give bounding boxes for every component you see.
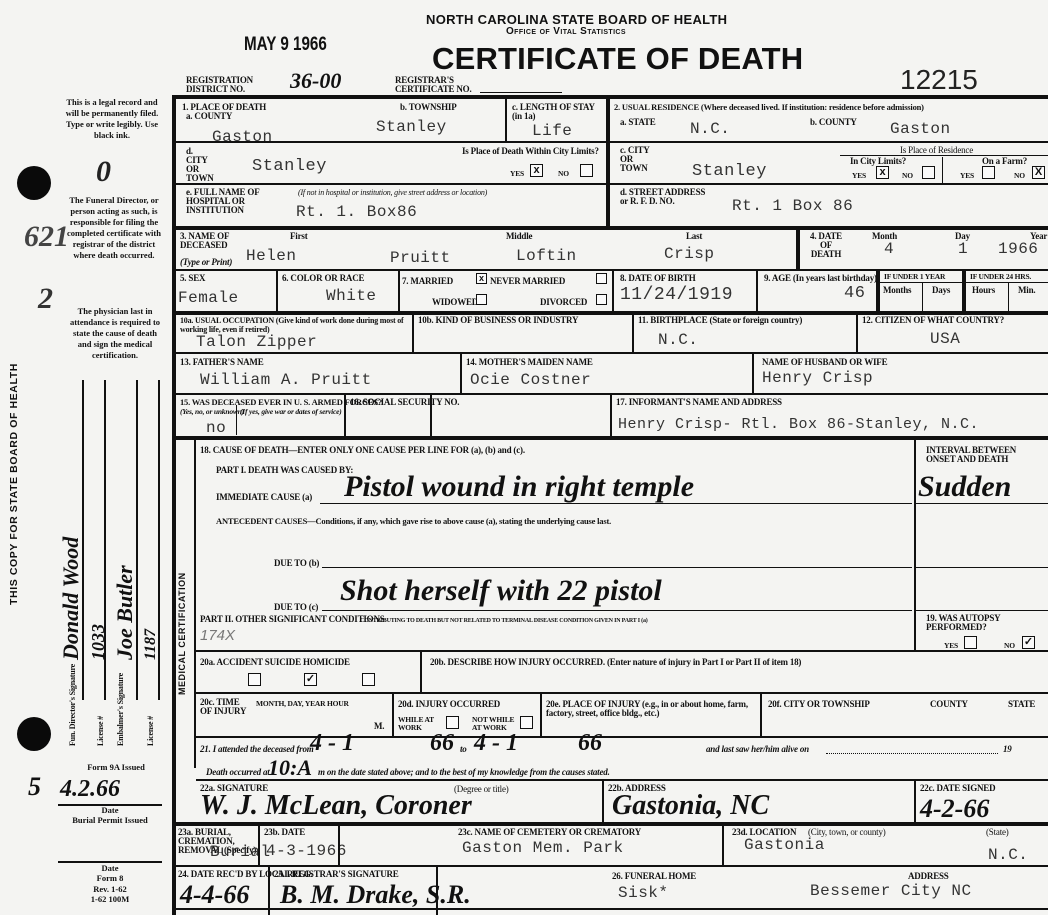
divider	[420, 652, 422, 692]
legal-record-note: This is a legal record and will be perma…	[62, 97, 162, 141]
last-saw-19: 19	[1003, 745, 1012, 754]
divider	[612, 270, 614, 312]
last-saw-field	[826, 753, 998, 754]
copy-for-state-label: THIS COPY FOR STATE BOARD OF HEALTH	[8, 363, 20, 605]
date-of-birth: 11/24/1919	[620, 285, 733, 305]
state-file-number: 12215	[900, 64, 978, 96]
attended-from-year: 66	[430, 730, 454, 757]
first-label: First	[290, 232, 308, 241]
injury-county-label: COUNTY	[930, 700, 968, 709]
divider	[276, 270, 278, 312]
embalmer-signature: Joe Butler	[112, 565, 138, 660]
funeral-home-address: Bessemer City NC	[810, 882, 972, 900]
citizenship: USA	[930, 330, 960, 348]
registrar-signature-label: 25. REGISTRAR'S SIGNATURE	[274, 870, 399, 879]
cause-of-death-label: 18. CAUSE OF DEATH—ENTER ONLY ONE CAUSE …	[200, 446, 525, 455]
date-signed-label: 22c. DATE SIGNED	[920, 784, 995, 793]
cemetery-location: Gastonia	[744, 836, 825, 854]
divider	[338, 824, 340, 866]
informant-label: 17. INFORMANT'S NAME AND ADDRESS	[616, 398, 782, 407]
divider	[196, 650, 1048, 652]
location-state-label: (State)	[986, 828, 1009, 837]
middle-label: Middle	[506, 232, 532, 241]
in-place-of-residence-label: Is Place of Residence	[900, 146, 973, 155]
divider	[962, 270, 966, 312]
suicide-checkbox[interactable]: ✓	[304, 673, 317, 686]
office-name: Office of Vital Statistics	[506, 26, 626, 37]
attended-to: 4 - 1	[474, 730, 518, 757]
divider	[258, 824, 260, 866]
informant-name-address: Henry Crisp- Rtl. Box 86-Stanley, N.C.	[618, 416, 979, 433]
divider	[176, 352, 1048, 354]
injury-description-label: 20b. DESCRIBE HOW INJURY OCCURRED. (Ente…	[430, 658, 801, 667]
cemetery-state: N.C.	[988, 846, 1028, 864]
deceased-first-name: Helen	[246, 247, 297, 265]
disposition-method: Burial	[210, 843, 271, 861]
widowed-label: WIDOWED	[432, 298, 478, 307]
interval-line	[916, 610, 1048, 611]
divider	[610, 141, 1048, 143]
within-city-limits-label: Is Place of Death Within City Limits?	[462, 147, 606, 156]
residence-county-label: b. COUNTY	[810, 118, 857, 127]
death-county: Gaston	[212, 128, 273, 146]
length-of-stay: Life	[532, 122, 572, 140]
received-date-stamp: MAY 9 1966	[244, 34, 327, 56]
within-limits-no-checkbox[interactable]	[580, 164, 593, 177]
date-of-birth-label: 8. DATE OF BIRTH	[620, 274, 696, 283]
street-address: Rt. 1 Box 86	[732, 197, 853, 215]
while-at-work-checkbox[interactable]	[446, 716, 459, 729]
death-day: 1	[958, 240, 968, 258]
age-label: 9. AGE (In years last birthday)	[764, 274, 884, 283]
due-to-c-label: DUE TO (c)	[274, 603, 318, 612]
handwritten-621: 621	[24, 220, 69, 254]
hours-label: Hours	[972, 286, 995, 295]
frame-left	[172, 95, 176, 915]
county-label: a. COUNTY	[186, 112, 232, 121]
no-label: NO	[558, 170, 569, 178]
divider	[172, 822, 1048, 826]
death-occurred-label: Death occurred at	[206, 768, 270, 777]
divider	[610, 395, 612, 437]
date-of-death-label: 4. DATE OF DEATH	[806, 232, 846, 259]
married-label: 7. MARRIED	[402, 277, 453, 286]
usual-residence-label: 2. USUAL RESIDENCE (Where deceased lived…	[614, 103, 924, 112]
divider	[760, 694, 762, 736]
due-to-c: Shot herself with 22 pistol	[340, 574, 662, 608]
attended-to-label: to	[460, 745, 467, 754]
embalmer-license-number: 1187	[142, 629, 160, 660]
registration-district-value: 36-00	[290, 68, 341, 94]
divider	[172, 226, 1048, 230]
accident-checkbox[interactable]	[248, 673, 261, 686]
hospital-hint: (If not in hospital or institution, give…	[298, 188, 487, 197]
print-run: 1-62 100M	[58, 894, 162, 905]
divider	[392, 694, 394, 736]
handwritten-2: 2	[38, 282, 53, 316]
type-or-print-hint: (Type or Print)	[180, 258, 232, 267]
funeral-home-name: Sisk*	[618, 884, 669, 902]
city-limits-no-checkbox[interactable]	[922, 166, 935, 179]
yes-label: YES	[944, 642, 958, 650]
mother-maiden-name-label: 14. MOTHER'S MAIDEN NAME	[466, 358, 593, 367]
days-label: Days	[932, 286, 950, 295]
handwritten-zero: 0	[96, 155, 111, 189]
no-label: NO	[1004, 642, 1015, 650]
autopsy-yes-checkbox[interactable]	[964, 636, 977, 649]
frame-divider	[606, 95, 610, 227]
divider	[344, 395, 346, 437]
deceased-race: White	[326, 287, 377, 305]
autopsy-no-checkbox[interactable]: ✓	[1022, 636, 1035, 649]
divider	[942, 157, 943, 185]
deceased-last-name: Crisp	[664, 245, 715, 263]
interval-value: Sudden	[918, 470, 1011, 504]
divider	[176, 865, 1048, 867]
in-city-limits-label: In City Limits?	[850, 157, 906, 166]
divider	[756, 270, 758, 312]
no-label: NO	[902, 172, 913, 180]
attended-from: 4 - 1	[310, 730, 354, 757]
immediate-cause-line	[320, 503, 912, 504]
usual-occupation: Talon Zipper	[196, 333, 317, 351]
immediate-cause-label: IMMEDIATE CAUSE (a)	[216, 493, 312, 502]
frame-bottom	[176, 908, 1048, 910]
fd-signature-label: Fun. Director's Signature	[68, 664, 77, 746]
divider	[914, 781, 916, 823]
under-1-year-label: IF UNDER 1 YEAR	[884, 273, 945, 281]
immediate-cause: Pistol wound in right temple	[344, 470, 694, 504]
divider	[796, 228, 800, 270]
armed-forces-hint-2: (If yes, give war or dates of service)	[240, 407, 342, 416]
injury-occurred-label: 20d. INJURY OCCURRED	[398, 700, 500, 709]
manner-label: 20a. ACCIDENT SUICIDE HOMICIDE	[200, 658, 350, 667]
certifier-address: Gastonia, NC	[612, 790, 769, 822]
handwritten-5: 5	[28, 772, 41, 802]
under-24-hours-label: IF UNDER 24 HRS.	[970, 273, 1031, 281]
divider	[196, 692, 1048, 694]
due-to-b-line	[322, 567, 912, 568]
yes-label: YES	[960, 172, 974, 180]
embalmer-license-label: License #	[146, 716, 155, 746]
residence-city: Stanley	[692, 162, 767, 181]
disposition-date-label: 23b. DATE	[264, 828, 305, 837]
residence-city-label: c. CITY OR TOWN	[620, 146, 650, 173]
death-city: Stanley	[252, 157, 327, 176]
divider	[505, 99, 507, 141]
part2-label: PART II. OTHER SIGNIFICANT CONDITIONS	[200, 615, 385, 624]
armed-forces-answer: no	[206, 419, 226, 437]
armed-forces-hint-1: (Yes, no, or unknown)	[180, 407, 244, 416]
on-farm-label: On a Farm?	[982, 157, 1027, 166]
divider	[922, 283, 923, 312]
minutes-label: Min.	[1018, 286, 1035, 295]
date-received: 4-4-66	[180, 880, 249, 910]
occupation-label: 10a. USUAL OCCUPATION (Give kind of work…	[180, 316, 412, 334]
death-year: 1966	[998, 240, 1038, 258]
death-township: Stanley	[376, 118, 447, 136]
divider	[602, 781, 604, 823]
embalmer-signature-label: Embalmer's Signature	[116, 673, 125, 746]
yes-label: YES	[852, 172, 866, 180]
death-occurred-tail: m on the date stated above; and to the b…	[318, 768, 610, 777]
frame-top	[172, 95, 1048, 99]
name-of-deceased-label: 3. NAME OF DECEASED	[180, 232, 240, 250]
degree-title-label: (Degree or title)	[454, 785, 509, 794]
divider	[1008, 283, 1009, 312]
part2-note: 174X	[200, 627, 235, 644]
last-saw-label: and last saw her/him alive on	[706, 745, 809, 754]
divider	[412, 313, 414, 353]
hospital-label: e. FULL NAME OF HOSPITAL OR INSTITUTION	[186, 188, 296, 215]
physician-note: The physician last in attendance is requ…	[66, 306, 164, 361]
due-to-c-line	[322, 610, 912, 611]
sex-label: 5. SEX	[180, 274, 205, 283]
divider	[176, 393, 1048, 395]
never-married-label: NEVER MARRIED	[490, 277, 565, 286]
attended-label: 21. I attended the deceased from	[200, 745, 314, 754]
fd-license-number: 1033	[88, 624, 109, 660]
disposition-date: 4-3-1966	[266, 842, 347, 860]
father-name-label: 13. FATHER'S NAME	[180, 358, 264, 367]
length-of-stay-label: c. LENGTH OF STAY (in 1a)	[512, 103, 600, 121]
divider	[460, 354, 462, 394]
divider	[856, 313, 858, 353]
funeral-home-label: 26. FUNERAL HOME	[612, 872, 696, 881]
residence-state-label: a. STATE	[620, 118, 656, 127]
street-address-label: d. STREET ADDRESS or R. F. D. NO.	[620, 188, 710, 206]
form-number: Form 8	[58, 873, 162, 884]
certifier-signature: W. J. McLean, Coroner	[200, 790, 472, 822]
residence-state: N.C.	[690, 120, 730, 138]
divider	[752, 354, 754, 394]
medical-cert-border	[194, 438, 196, 768]
injury-state-label: STATE	[1008, 700, 1035, 709]
divider	[176, 141, 606, 143]
interval-line	[916, 567, 1048, 568]
deceased-age: 46	[844, 284, 865, 303]
part1-label: PART I. DEATH WAS CAUSED BY:	[216, 466, 353, 475]
mother-maiden-name: Ocie Costner	[470, 371, 591, 389]
antecedent-causes-label: ANTECEDENT CAUSES—Conditions, if any, wh…	[216, 517, 611, 526]
deceased-middle-name: Loftin	[516, 247, 577, 265]
business-label: 10b. KIND OF BUSINESS OR INDUSTRY	[418, 316, 578, 325]
divider	[398, 270, 400, 312]
homicide-checkbox[interactable]	[362, 673, 375, 686]
registration-district-label: REGISTRATION DISTRICT NO.	[186, 76, 294, 94]
medical-certification-label: MEDICAL CERTIFICATION	[177, 572, 187, 695]
divider	[632, 313, 634, 353]
funeral-home-address-label: ADDRESS	[908, 872, 949, 881]
months-label: Months	[883, 286, 911, 295]
fd-license-label: License #	[96, 716, 105, 746]
burial-permit-label: Burial Permit Issued	[58, 815, 162, 826]
widowed-checkbox[interactable]	[476, 294, 487, 305]
married-checkbox[interactable]: x	[476, 273, 487, 284]
death-time: 10:A	[268, 755, 312, 781]
within-limits-yes-checkbox[interactable]: x	[530, 164, 543, 177]
place-of-injury-label: 20e. PLACE OF INJURY (e.g., in or about …	[546, 700, 758, 718]
divider	[172, 436, 1048, 440]
citizen-label: 12. CITIZEN OF WHAT COUNTRY?	[862, 316, 1004, 325]
cemetery-name: Gaston Mem. Park	[462, 839, 624, 857]
last-label: Last	[686, 232, 702, 241]
attended-to-year: 66	[578, 730, 602, 757]
punch-hole	[17, 166, 51, 200]
farm-yes-checkbox[interactable]	[982, 166, 995, 179]
form-9a-label: Form 9A Issued	[66, 762, 166, 773]
hospital-name: Rt. 1. Box86	[296, 203, 417, 221]
date-signed: 4-2-66	[920, 794, 989, 824]
time-of-injury-label: 20c. TIME OF INJURY	[200, 698, 250, 716]
interval-label: INTERVAL BETWEEN ONSET AND DEATH	[926, 446, 1046, 464]
divider	[722, 824, 724, 866]
township-label: b. TOWNSHIP	[400, 103, 457, 112]
spouse-name-label: NAME OF HUSBAND OR WIFE	[762, 358, 887, 367]
not-while-at-work-checkbox[interactable]	[520, 716, 533, 729]
father-name: William A. Pruitt	[200, 371, 372, 389]
residence-county: Gaston	[890, 120, 951, 138]
agency-name: NORTH CAROLINA STATE BOARD OF HEALTH	[426, 12, 727, 27]
certificate-title: CERTIFICATE OF DEATH	[432, 41, 803, 77]
burial-permit-date: 4.2.66	[60, 776, 120, 803]
cemetery-label: 23c. NAME OF CEMETERY OR CREMATORY	[458, 828, 641, 837]
divider	[610, 183, 1048, 185]
spouse-name: Henry Crisp	[762, 369, 873, 387]
registrar-signature: B. M. Drake, S.R.	[280, 880, 471, 910]
divider	[196, 779, 1048, 781]
death-month: 4	[884, 240, 894, 258]
deceased-first-name-2: Pruitt	[390, 249, 451, 267]
time-m-label: M.	[374, 722, 384, 731]
birthplace-label: 11. BIRTHPLACE (State or foreign country…	[638, 316, 802, 325]
ssn-label: 16. SOCIAL SECURITY NO.	[350, 398, 459, 407]
deceased-sex: Female	[178, 289, 239, 307]
funeral-director-signature: Donald Wood	[58, 537, 84, 660]
autopsy-label: 19. WAS AUTOPSY PERFORMED?	[926, 614, 1046, 632]
divider	[876, 270, 880, 312]
interval-column-border	[914, 438, 916, 650]
part2-hint: CONTRIBUTING TO DEATH BUT NOT RELATED TO…	[360, 617, 648, 626]
no-label: NO	[1014, 172, 1025, 180]
time-of-injury-hint: MONTH, DAY, YEAR HOUR	[256, 700, 349, 708]
divider	[430, 395, 432, 437]
birthplace: N.C.	[658, 331, 698, 349]
race-label: 6. COLOR OR RACE	[282, 274, 364, 283]
divorced-checkbox[interactable]	[596, 294, 607, 305]
farm-no-checkbox[interactable]: X	[1032, 166, 1045, 179]
registrar-cert-field	[480, 92, 562, 93]
interval-line	[916, 503, 1048, 504]
city-limits-yes-checkbox[interactable]: x	[876, 166, 889, 179]
city-label: d. CITY OR TOWN	[186, 147, 216, 183]
injury-city-label: 20f. CITY OR TOWNSHIP	[768, 700, 870, 709]
yes-label: YES	[510, 170, 524, 178]
due-to-b-label: DUE TO (b)	[274, 559, 319, 568]
divorced-label: DIVORCED	[540, 298, 587, 307]
never-married-checkbox[interactable]	[596, 273, 607, 284]
funeral-director-note: The Funeral Director, or person acting a…	[62, 195, 166, 261]
punch-hole	[17, 717, 51, 751]
divider	[540, 694, 542, 736]
divider	[176, 183, 606, 185]
divider	[236, 405, 237, 435]
